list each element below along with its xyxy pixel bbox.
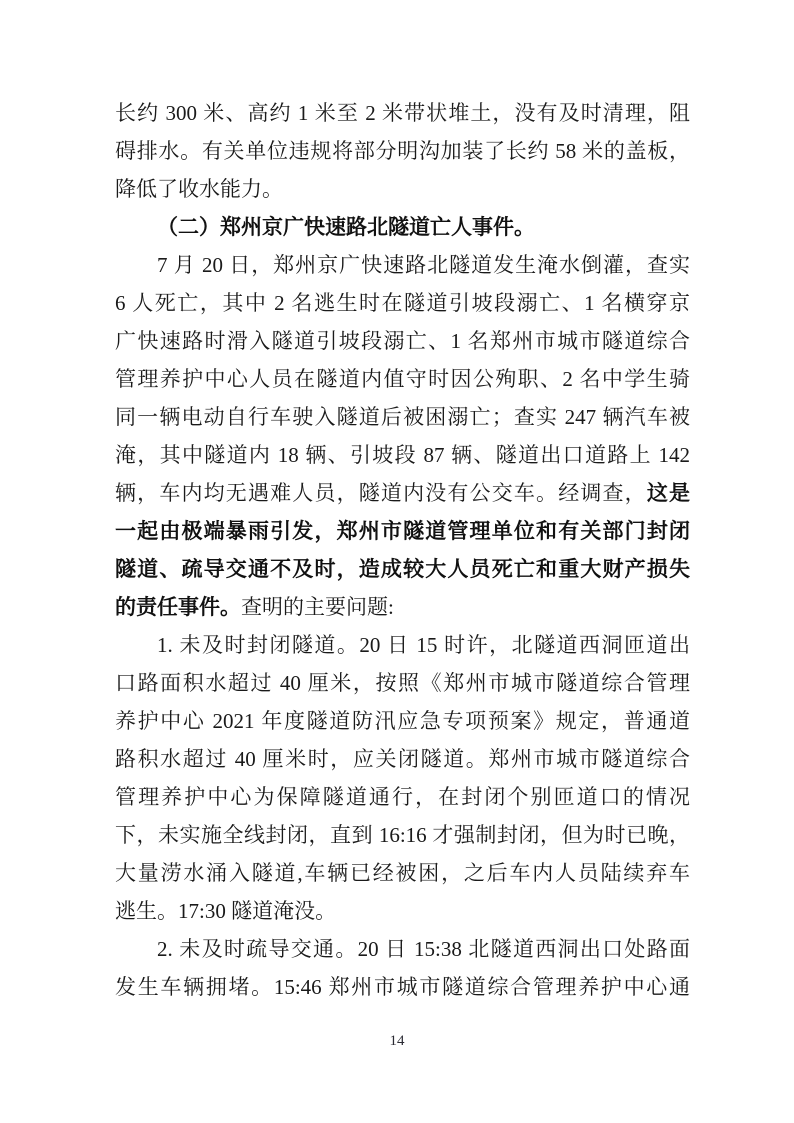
bold-text-segment: 这是 (647, 482, 690, 505)
text-line: 降低了收水能力。 (115, 170, 690, 208)
bold-text-segment: 隧道、疏导交通不及时，造成较大人员死亡和重大财产损失 (115, 558, 690, 581)
text-line: 2. 未及时疏导交通。20 日 15:38 北隧道西洞出口处路面 (115, 930, 690, 968)
text-segment: 路积水超过 40 厘米时，应关闭隧道。郑州市城市隧道综合 (115, 747, 690, 771)
text-segment: 大量涝水涌入隧道,车辆已经被困，之后车内人员陆续弃车 (115, 861, 690, 885)
text-segment: 同一辆电动自行车驶入隧道后被困溺亡；查实 247 辆汽车被 (115, 405, 690, 429)
text-line: 下，未实施全线封闭，直到 16:16 才强制封闭，但为时已晚， (115, 816, 690, 854)
bold-text-segment: （二）郑州京广快速路北隧道亡人事件。 (157, 216, 535, 239)
bold-text-segment: 一起由极端暴雨引发，郑州市隧道管理单位和有关部门封闭 (115, 520, 690, 543)
text-line: 发生车辆拥堵。15:46 郑州市城市隧道综合管理养护中心通 (115, 968, 690, 1006)
bold-text-segment: 的责任事件。 (115, 596, 241, 619)
text-segment: 长约 300 米、高约 1 米至 2 米带状堆土，没有及时清理，阻 (115, 101, 690, 125)
text-line: 辆，车内均无遇难人员，隧道内没有公交车。经调查，这是 (115, 474, 690, 512)
text-line: 管理养护中心为保障隧道通行，在封闭个别匝道口的情况 (115, 778, 690, 816)
text-line: 淹，其中隧道内 18 辆、引坡段 87 辆、隧道出口道路上 142 (115, 436, 690, 474)
text-line: 7 月 20 日，郑州京广快速路北隧道发生淹水倒灌，查实 (115, 246, 690, 284)
text-line: 逃生。17:30 隧道淹没。 (115, 892, 690, 930)
text-segment: 下，未实施全线封闭，直到 16:16 才强制封闭，但为时已晚， (115, 823, 690, 847)
text-line: 管理养护中心人员在隧道内值守时因公殉职、2 名中学生骑 (115, 360, 690, 398)
text-segment: 管理养护中心人员在隧道内值守时因公殉职、2 名中学生骑 (115, 367, 690, 391)
text-line: 口路面积水超过 40 厘米，按照《郑州市城市隧道综合管理 (115, 664, 690, 702)
text-line: 一起由极端暴雨引发，郑州市隧道管理单位和有关部门封闭 (115, 512, 690, 550)
text-line: 6 人死亡，其中 2 名逃生时在隧道引坡段溺亡、1 名横穿京 (115, 284, 690, 322)
text-segment: 管理养护中心为保障隧道通行，在封闭个别匝道口的情况 (115, 785, 690, 809)
text-line: 同一辆电动自行车驶入隧道后被困溺亡；查实 247 辆汽车被 (115, 398, 690, 436)
text-segment: 逃生。17:30 隧道淹没。 (115, 899, 336, 923)
text-line: 养护中心 2021 年度隧道防汛应急专项预案》规定，普通道 (115, 702, 690, 740)
text-line: 长约 300 米、高约 1 米至 2 米带状堆土，没有及时清理，阻 (115, 94, 690, 132)
section-heading-line: （二）郑州京广快速路北隧道亡人事件。 (115, 208, 690, 246)
text-line: 隧道、疏导交通不及时，造成较大人员死亡和重大财产损失 (115, 550, 690, 588)
text-line: 路积水超过 40 厘米时，应关闭隧道。郑州市城市隧道综合 (115, 740, 690, 778)
text-segment: 碍排水。有关单位违规将部分明沟加装了长约 58 米的盖板， (115, 139, 690, 163)
text-line: 1. 未及时封闭隧道。20 日 15 时许，北隧道西洞匝道出 (115, 626, 690, 664)
text-segment: 广快速路时滑入隧道引坡段溺亡、1 名郑州市城市隧道综合 (115, 329, 690, 353)
text-line: 广快速路时滑入隧道引坡段溺亡、1 名郑州市城市隧道综合 (115, 322, 690, 360)
document-page: 长约 300 米、高约 1 米至 2 米带状堆土，没有及时清理，阻碍排水。有关单… (0, 0, 794, 1123)
text-segment: 辆，车内均无遇难人员，隧道内没有公交车。经调查， (115, 481, 647, 505)
text-line: 的责任事件。查明的主要问题: (115, 588, 690, 626)
page-footer: 14 (0, 1032, 794, 1050)
text-segment: 6 人死亡，其中 2 名逃生时在隧道引坡段溺亡、1 名横穿京 (115, 291, 690, 315)
text-segment: 发生车辆拥堵。15:46 郑州市城市隧道综合管理养护中心通 (115, 975, 690, 999)
text-segment: 降低了收水能力。 (115, 177, 283, 201)
document-content: 长约 300 米、高约 1 米至 2 米带状堆土，没有及时清理，阻碍排水。有关单… (115, 94, 690, 1006)
text-segment: 口路面积水超过 40 厘米，按照《郑州市城市隧道综合管理 (115, 671, 690, 695)
text-segment: 养护中心 2021 年度隧道防汛应急专项预案》规定，普通道 (115, 709, 690, 733)
text-segment: 查明的主要问题: (241, 595, 394, 619)
text-line: 大量涝水涌入隧道,车辆已经被困，之后车内人员陆续弃车 (115, 854, 690, 892)
text-line: 碍排水。有关单位违规将部分明沟加装了长约 58 米的盖板， (115, 132, 690, 170)
page-number: 14 (390, 1033, 405, 1049)
text-segment: 2. 未及时疏导交通。20 日 15:38 北隧道西洞出口处路面 (157, 937, 690, 961)
text-segment: 7 月 20 日，郑州京广快速路北隧道发生淹水倒灌，查实 (157, 253, 690, 277)
text-segment: 1. 未及时封闭隧道。20 日 15 时许，北隧道西洞匝道出 (157, 633, 690, 657)
text-segment: 淹，其中隧道内 18 辆、引坡段 87 辆、隧道出口道路上 142 (115, 443, 690, 467)
